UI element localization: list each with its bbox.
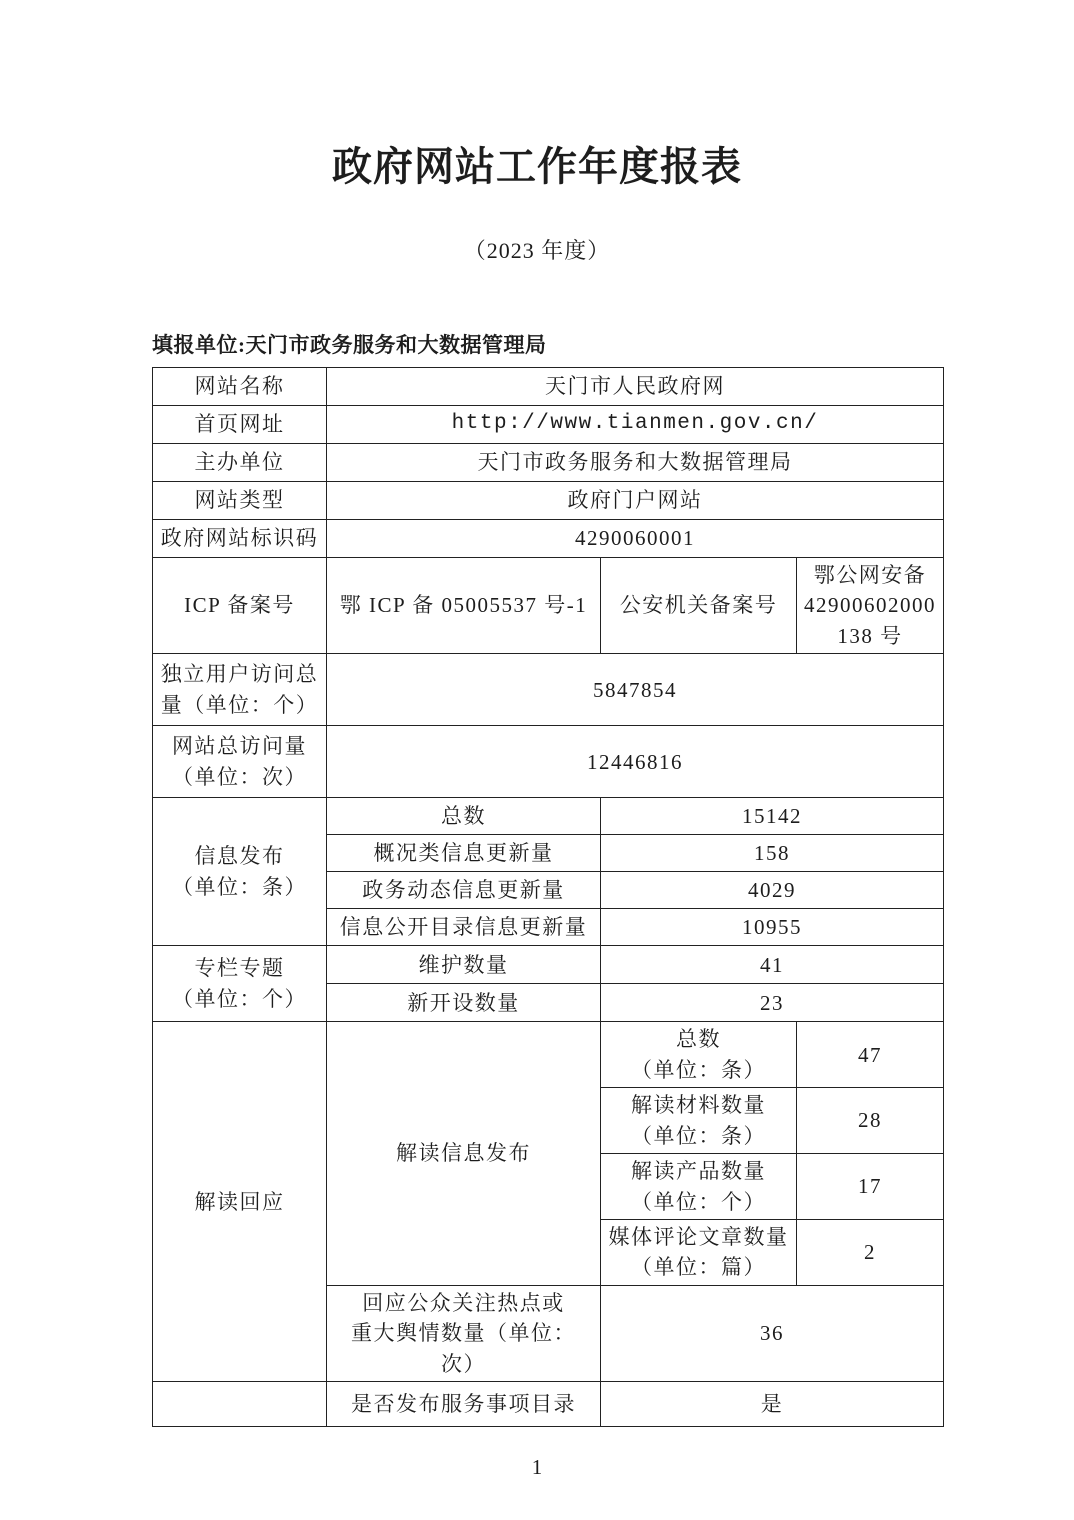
- interpretation-group-label: 解读回应: [153, 1022, 327, 1382]
- info-publish-directory-label: 信息公开目录信息更新量: [327, 909, 601, 946]
- website-type-label: 网站类型: [153, 482, 327, 520]
- total-visits-label: 网站总访问量 （单位：次）: [153, 726, 327, 798]
- interpretation-products-value: 17: [797, 1154, 944, 1220]
- page-number: 1: [0, 1455, 1074, 1480]
- site-id-code-label: 政府网站标识码: [153, 520, 327, 558]
- interpretation-materials-label: 解读材料数量 （单位：条）: [601, 1088, 797, 1154]
- unique-visitors-value: 5847854: [327, 654, 944, 726]
- organizer-value: 天门市政务服务和大数据管理局: [327, 444, 944, 482]
- info-publish-overview-value: 158: [601, 835, 944, 872]
- special-columns-group-label: 专栏专题 （单位：个）: [153, 946, 327, 1022]
- police-record-label: 公安机关备案号: [601, 558, 797, 654]
- table-row: 政府网站标识码 4290060001: [153, 520, 944, 558]
- interpretation-materials-value: 28: [797, 1088, 944, 1154]
- info-publish-group-label: 信息发布 （单位：条）: [153, 798, 327, 946]
- document-title: 政府网站工作年度报表: [0, 0, 1074, 192]
- table-row: 网站总访问量 （单位：次） 12446816: [153, 726, 944, 798]
- table-row: 网站类型 政府门户网站: [153, 482, 944, 520]
- police-record-value: 鄂公网安备 42900602000 138 号: [797, 558, 944, 654]
- site-id-code-value: 4290060001: [327, 520, 944, 558]
- service-directory-value: 是: [601, 1382, 944, 1427]
- info-publish-news-label: 政务动态信息更新量: [327, 872, 601, 909]
- info-publish-overview-label: 概况类信息更新量: [327, 835, 601, 872]
- hotspot-response-label: 回应公众关注热点或 重大舆情数量（单位： 次）: [327, 1285, 601, 1381]
- website-name-label: 网站名称: [153, 368, 327, 406]
- table-row: 信息发布 （单位：条） 总数 15142: [153, 798, 944, 835]
- document-subtitle: （2023 年度）: [0, 234, 1074, 265]
- website-type-value: 政府门户网站: [327, 482, 944, 520]
- info-publish-news-value: 4029: [601, 872, 944, 909]
- annual-report-table: 网站名称 天门市人民政府网 首页网址 http://www.tianmen.go…: [152, 367, 944, 1427]
- interpretation-media-value: 2: [797, 1219, 944, 1285]
- table-row: 解读回应 解读信息发布 总数 （单位：条） 47: [153, 1022, 944, 1088]
- service-directory-label: 是否发布服务事项目录: [327, 1382, 601, 1427]
- special-columns-new-label: 新开设数量: [327, 984, 601, 1022]
- table-row: 独立用户访问总 量（单位：个） 5847854: [153, 654, 944, 726]
- table-row: 首页网址 http://www.tianmen.gov.cn/: [153, 406, 944, 444]
- homepage-url-label: 首页网址: [153, 406, 327, 444]
- website-name-value: 天门市人民政府网: [327, 368, 944, 406]
- table-row: 专栏专题 （单位：个） 维护数量 41: [153, 946, 944, 984]
- interpretation-products-label: 解读产品数量 （单位：个）: [601, 1154, 797, 1220]
- homepage-url-value: http://www.tianmen.gov.cn/: [327, 406, 944, 444]
- table-row: 是否发布服务事项目录 是: [153, 1382, 944, 1427]
- special-columns-maintained-label: 维护数量: [327, 946, 601, 984]
- interpretation-total-value: 47: [797, 1022, 944, 1088]
- document-page: 政府网站工作年度报表 （2023 年度） 填报单位:天门市政务服务和大数据管理局…: [0, 0, 1074, 1520]
- organizer-label: 主办单位: [153, 444, 327, 482]
- table-row: ICP 备案号 鄂 ICP 备 05005537 号-1 公安机关备案号 鄂公网…: [153, 558, 944, 654]
- reporting-unit-line: 填报单位:天门市政务服务和大数据管理局: [152, 329, 1074, 359]
- icp-value: 鄂 ICP 备 05005537 号-1: [327, 558, 601, 654]
- interpretation-media-label: 媒体评论文章数量 （单位：篇）: [601, 1219, 797, 1285]
- icp-label: ICP 备案号: [153, 558, 327, 654]
- special-columns-new-value: 23: [601, 984, 944, 1022]
- special-columns-maintained-value: 41: [601, 946, 944, 984]
- unique-visitors-label: 独立用户访问总 量（单位：个）: [153, 654, 327, 726]
- table-row: 主办单位 天门市政务服务和大数据管理局: [153, 444, 944, 482]
- interpretation-total-label: 总数 （单位：条）: [601, 1022, 797, 1088]
- info-publish-directory-value: 10955: [601, 909, 944, 946]
- empty-cell: [153, 1382, 327, 1427]
- info-publish-total-label: 总数: [327, 798, 601, 835]
- hotspot-response-value: 36: [601, 1285, 944, 1381]
- interpretation-publish-label: 解读信息发布: [327, 1022, 601, 1286]
- total-visits-value: 12446816: [327, 726, 944, 798]
- table-row: 网站名称 天门市人民政府网: [153, 368, 944, 406]
- info-publish-total-value: 15142: [601, 798, 944, 835]
